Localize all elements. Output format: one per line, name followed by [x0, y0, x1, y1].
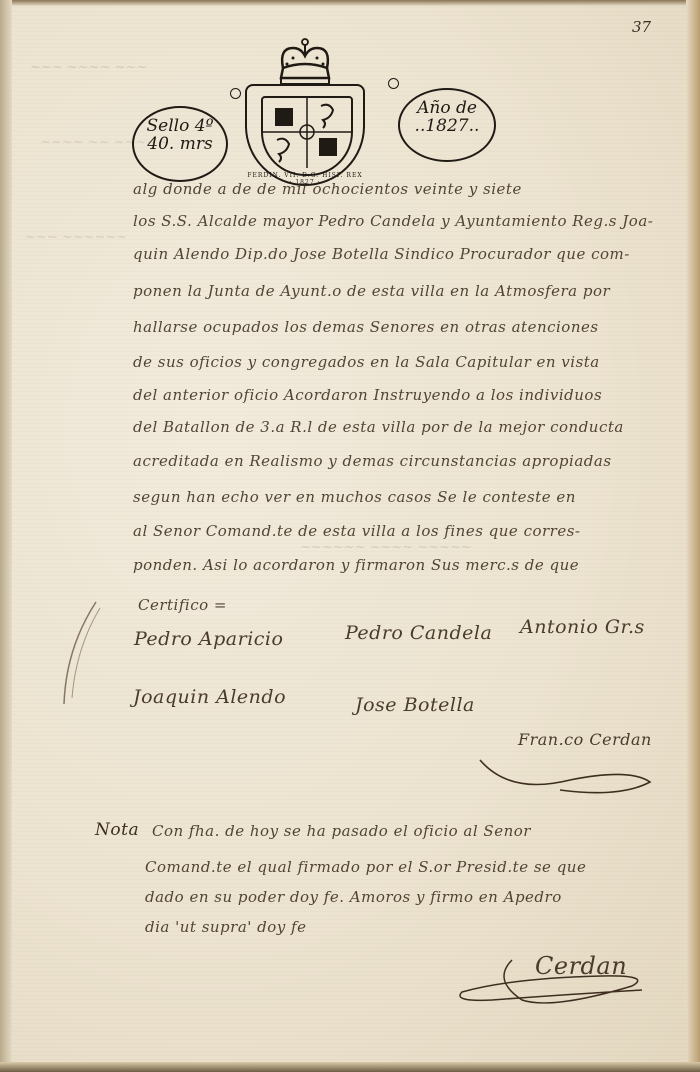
signature-jose-botella: Jose Botella [355, 694, 475, 716]
body-line: de sus oficios y congregados en la Sala … [133, 353, 600, 371]
folio-number: 37 [632, 18, 651, 36]
page-binding-edge [0, 0, 12, 1072]
body-line: segun han echo ver en muchos casos Se le… [133, 488, 576, 506]
ornament-icon [230, 88, 241, 99]
body-line: los S.S. Alcalde mayor Pedro Candela y A… [133, 212, 653, 230]
ornament-icon [388, 78, 399, 89]
manuscript-page: ~~~ ~~~~ ~~~ ~~~~ ~~ ~~~~~ ~~~ ~~~~~~ ~~… [0, 0, 700, 1072]
stamp-denomination-oval: Sello 4º 40. mrs [132, 106, 228, 182]
body-line: del Batallon de 3.a R.l de esta villa po… [133, 418, 624, 436]
page-top-edge [0, 0, 700, 6]
stamp-year: ..1827.. [400, 118, 494, 136]
signature-joaquin-alendo: Joaquin Alendo [133, 686, 286, 708]
body-line: al Senor Comand.te de esta villa a los f… [133, 522, 581, 540]
signature-rubric-icon [470, 740, 660, 800]
stamp-value: 40. mrs [134, 136, 226, 154]
body-line: alg donde a de de mil ochocientos veinte… [133, 180, 522, 198]
signature-antonio: Antonio Gr.s [520, 616, 645, 638]
body-line: del anterior oficio Acordaron Instruyend… [133, 386, 602, 404]
nota-line: Comand.te el qual firmado por el S.or Pr… [145, 858, 586, 876]
page-bottom-edge [0, 1062, 700, 1072]
body-line: quin Alendo Dip.do Jose Botella Sindico … [133, 245, 630, 263]
certification-mark: Certifico = [138, 596, 227, 614]
shield-quarters [261, 96, 353, 176]
nota-label: Nota [95, 820, 139, 840]
signature-pedro-aparicio: Pedro Aparicio [134, 628, 283, 650]
body-line: hallarse ocupados los demas Senores en o… [133, 318, 599, 336]
crown-icon [275, 38, 335, 86]
body-line: ponden. Asi lo acordaron y firmaron Sus … [133, 556, 579, 574]
coat-of-arms-shield: FERDIN. VII. D.G. HISP. REX · 1827 · [245, 84, 365, 186]
margin-flourish-icon [56, 598, 106, 708]
closing-rubric-icon [452, 950, 652, 1010]
nota-line: dia 'ut supra' doy fe [145, 918, 306, 936]
stamp-year-oval: Año de ..1827.. [398, 88, 496, 162]
body-line: acreditada en Realismo y demas circunsta… [133, 452, 612, 470]
castle-lion-quarters-icon [263, 98, 351, 174]
nota-line: Con fha. de hoy se ha pasado el oficio a… [152, 822, 531, 840]
page-right-edge [686, 0, 700, 1072]
tax-stamp-seal: FERDIN. VII. D.G. HISP. REX · 1827 · Sel… [130, 36, 500, 186]
body-line: ponen la Junta de Ayunt.o de esta villa … [133, 282, 610, 300]
nota-line: dado en su poder doy fe. Amoros y firmo … [145, 888, 562, 906]
signature-pedro-candela: Pedro Candela [345, 622, 492, 644]
bleed-through-text: ~~~ ~~~~~~ [25, 230, 127, 245]
bleed-through-text: ~~~~~~ ~~~~ ~~~~~ [300, 540, 472, 555]
